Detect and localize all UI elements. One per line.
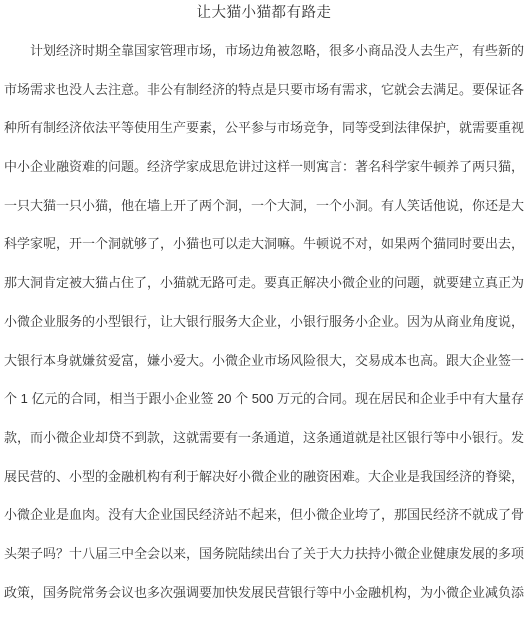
paragraph-line: 政策，国务院常务会议也多次强调要加快发展民营银行等中小金融机构，为小微企业减负添 — [4, 574, 524, 613]
paragraph-line: 展民营的、小型的金融机构有利于解决好小微企业的融资困难。大企业是我国经济的脊梁， — [4, 458, 524, 497]
paragraph-line: 计划经济时期全靠国家管理市场，市场边角被忽略，很多小商品没人去生产，有些新的 — [4, 32, 524, 71]
paragraph-line: 小微企业是血肉。没有大企业国民经济站不起来，但小微企业垮了，那国民经济不就成了骨 — [4, 496, 524, 535]
paragraph-line: 那大洞肯定被大猫占住了，小猫就无路可走。要真正解决小微企业的问题，就要建立真正为 — [4, 264, 524, 303]
document-page: 让大猫小猫都有路走 计划经济时期全靠国家管理市场，市场边角被忽略，很多小商品没人… — [0, 0, 528, 621]
document-body: 计划经济时期全靠国家管理市场，市场边角被忽略，很多小商品没人去生产，有些新的 市… — [4, 32, 524, 612]
paragraph-line: 中小企业融资难的问题。经济学家成思危讲过这样一则寓言：著名科学家牛顿养了两只猫， — [4, 148, 524, 187]
paragraph-line: 一只大猫一只小猫，他在墙上开了两个洞，一个大洞，一个小洞。有人笑话他说，你还是大 — [4, 187, 524, 226]
paragraph-line: 个 1 亿元的合同，相当于跟小企业签 20 个 500 万元的合同。现在居民和企… — [4, 380, 524, 419]
paragraph-line: 小微企业服务的小型银行，让大银行服务大企业，小银行服务小企业。因为从商业角度说， — [4, 303, 524, 342]
paragraph-line: 市场需求也没人去注意。非公有制经济的特点是只要市场有需求，它就会去满足。要保证各 — [4, 71, 524, 110]
paragraph-line: 种所有制经济依法平等使用生产要素，公平参与市场竞争，同等受到法律保护，就需要重视 — [4, 109, 524, 148]
paragraph-line: 大银行本身就嫌贫爱富，嫌小爱大。小微企业市场风险很大，交易成本也高。跟大企业签一 — [4, 342, 524, 381]
paragraph-line: 款，而小微企业却贷不到款，这就需要有一条通道，这条通道就是社区银行等中小银行。发 — [4, 419, 524, 458]
paragraph-line: 科学家呢，开一个洞就够了，小猫也可以走大洞嘛。牛顿说不对，如果两个猫同时要出去， — [4, 225, 524, 264]
document-title: 让大猫小猫都有路走 — [4, 0, 524, 27]
paragraph-line: 头架子吗？十八届三中全会以来，国务院陆续出台了关于大力扶持小微企业健康发展的多项 — [4, 535, 524, 574]
